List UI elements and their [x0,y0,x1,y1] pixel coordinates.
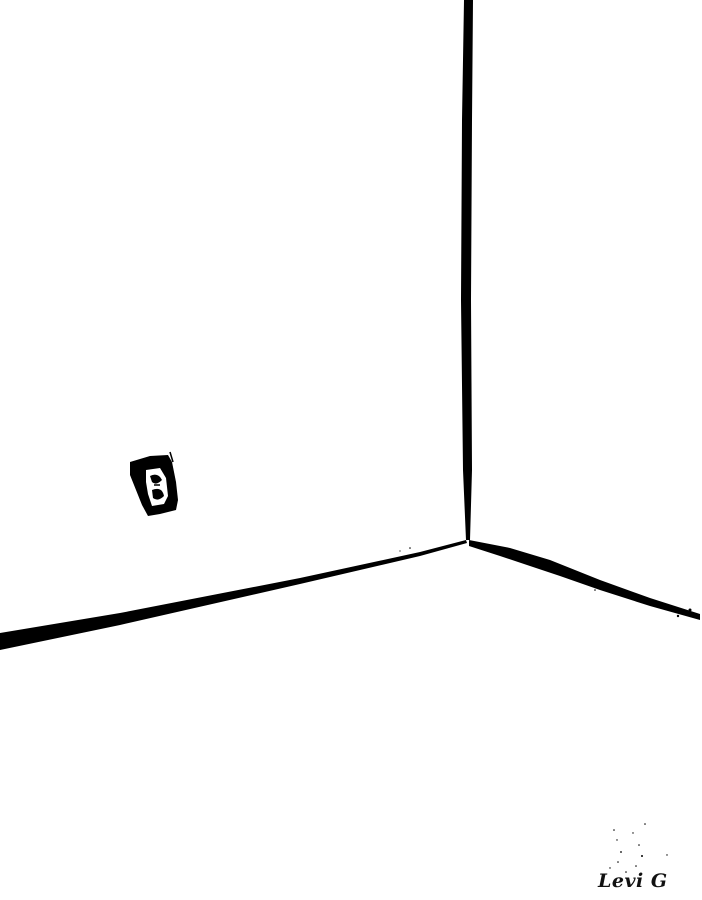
room-corner-drawing [0,0,702,900]
artist-signature: Levi G [598,870,668,892]
